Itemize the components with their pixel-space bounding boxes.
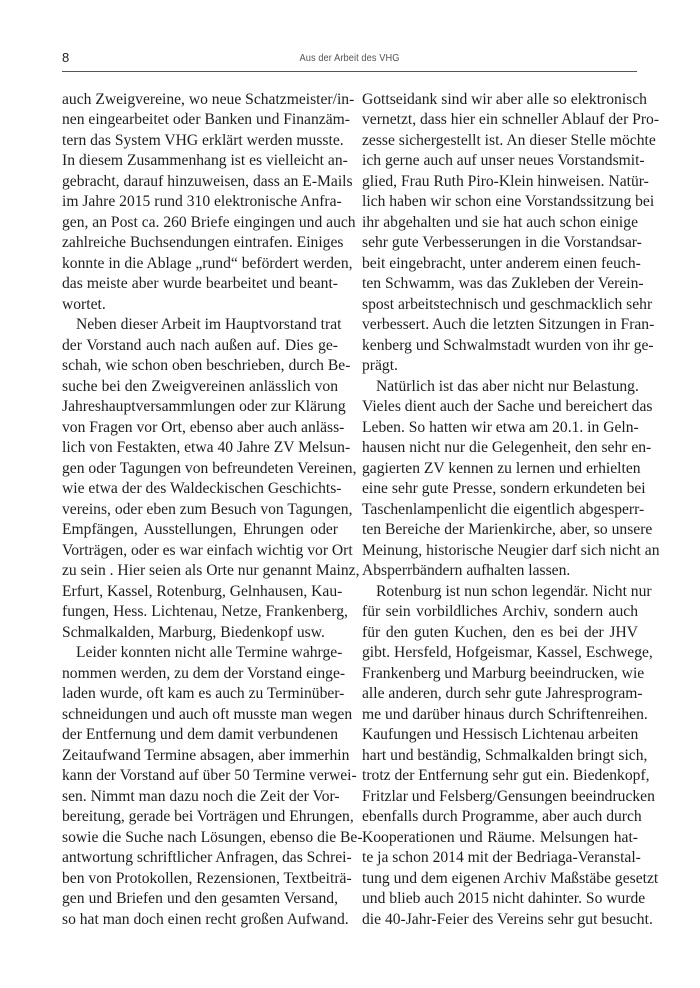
text-line: antwortung schriftlicher Anfragen, das S… xyxy=(62,848,338,869)
text-line: ebenfalls durch Programme, aber auch dur… xyxy=(362,807,638,828)
text-line: sowie die Suche nach Lösungen, ebenso di… xyxy=(62,828,338,849)
text-line: gen, an Post ca. 260 Briefe eingingen un… xyxy=(62,213,338,234)
text-line: sehr gute Verbesserungen in die Vorstand… xyxy=(362,233,638,254)
text-line: spost arbeitstechnisch und geschmacklich… xyxy=(362,295,638,316)
text-line: kenberg und Schwalmstadt wurden von ihr … xyxy=(362,336,638,357)
text-line: me und darüber hinaus durch Schriftenrei… xyxy=(362,705,638,726)
text-line: Kooperationen und Räume. Melsungen hat- xyxy=(362,828,638,849)
text-line: Taschenlampenlicht die eigentlich abgesp… xyxy=(362,500,638,521)
text-line: Natürlich ist das aber nicht nur Belastu… xyxy=(362,377,638,398)
running-title: Aus der Arbeit des VHG xyxy=(97,52,603,64)
text-line: sen. Nimmt man dazu noch die Zeit der Vo… xyxy=(62,787,338,808)
text-line: Jahreshauptversammlungen oder zur Klärun… xyxy=(62,397,338,418)
paragraph: Natürlich ist das aber nicht nur Belastu… xyxy=(362,377,638,582)
text-line: gagierten ZV kennen zu lernen und erhiel… xyxy=(362,459,638,480)
text-line: für den guten Kuchen, den es bei der JHV xyxy=(362,623,638,644)
text-line: verbessert. Auch die letzten Sitzungen i… xyxy=(362,315,638,336)
text-line: nommen werden, zu dem der Vorstand einge… xyxy=(62,664,338,685)
text-line: eine sehr gute Presse, sondern erkundete… xyxy=(362,479,638,500)
text-line: Gottseidank sind wir aber alle so elektr… xyxy=(362,90,638,111)
text-line: gibt. Hersfeld, Hofgeismar, Kassel, Esch… xyxy=(362,643,638,664)
text-line: Absperrbändern aufhalten lassen. xyxy=(362,561,638,582)
text-line: prägt. xyxy=(362,356,638,377)
text-line: gen und Briefen und den gesamten Versand… xyxy=(62,889,338,910)
paragraph: Rotenburg ist nun schon legendär. Nicht … xyxy=(362,582,638,931)
text-line: suche bei den Zweigvereinen anlässlich v… xyxy=(62,377,338,398)
text-line: ben von Protokollen, Rezensionen, Textbe… xyxy=(62,869,338,890)
text-line: und blieb auch 2015 nicht dahinter. So w… xyxy=(362,889,638,910)
paragraph: Neben dieser Arbeit im Hauptvorstand tra… xyxy=(62,315,338,643)
page-number: 8 xyxy=(62,50,69,65)
text-line: Erfurt, Kassel, Rotenburg, Gelnhausen, K… xyxy=(62,582,338,603)
text-line: Vieles dient auch der Sache und bereiche… xyxy=(362,397,638,418)
text-line: te ja schon 2014 mit der Bedriaga-Verans… xyxy=(362,848,638,869)
text-line: ten Bereiche der Marienkirche, aber, so … xyxy=(362,520,638,541)
text-line: konnte in die Ablage „rund“ befördert we… xyxy=(62,254,338,275)
page-header: 8 Aus der Arbeit des VHG xyxy=(62,48,637,72)
text-line: die 40-Jahr-Feier des Vereins sehr gut b… xyxy=(362,910,638,931)
text-line: vereins, oder eben zum Besuch von Tagung… xyxy=(62,500,338,521)
text-line: Kaufungen und Hessisch Lichtenau arbeite… xyxy=(362,725,638,746)
text-line: beit eingebracht, unter anderem einen fe… xyxy=(362,254,638,275)
text-line: Meinung, historische Neugier darf sich n… xyxy=(362,541,638,562)
text-line: nen eingearbeitet oder Banken und Finanz… xyxy=(62,110,338,131)
text-line: gebracht, darauf hinzuweisen, dass an E-… xyxy=(62,172,338,193)
text-line: Leben. So hatten wir etwa am 20.1. in Ge… xyxy=(362,418,638,439)
text-line: wie etwa der des Waldeckischen Geschicht… xyxy=(62,479,338,500)
text-line: zesse sichergestellt ist. An dieser Stel… xyxy=(362,131,638,152)
paragraph: Gottseidank sind wir aber alle so elektr… xyxy=(362,90,638,377)
text-line: von Fragen vor Ort, ebenso aber auch anl… xyxy=(62,418,338,439)
text-line: schneidungen und auch oft musste man weg… xyxy=(62,705,338,726)
text-line: Schmalkalden, Marburg, Biedenkopf usw. xyxy=(62,623,338,644)
text-line: der Vorstand auch nach außen auf. Dies g… xyxy=(62,336,338,357)
text-line: tern das System VHG erklärt werden musst… xyxy=(62,131,338,152)
text-line: Fritzlar und Felsberg/Gensungen beeindru… xyxy=(362,787,638,808)
text-line: das meiste aber wurde bearbeitet und bea… xyxy=(62,274,338,295)
text-line: Vorträgen, oder es war einfach wichtig v… xyxy=(62,541,338,562)
text-line: auch Zweigvereine, wo neue Schatzmeister… xyxy=(62,90,338,111)
text-line: laden wurde, oft kam es auch zu Terminüb… xyxy=(62,684,338,705)
text-line: In diesem Zusammenhang ist es vielleicht… xyxy=(62,151,338,172)
text-line: gen oder Tagungen von befreundeten Verei… xyxy=(62,459,338,480)
text-line: glied, Frau Ruth Piro-Klein hinweisen. N… xyxy=(362,172,638,193)
text-line: tung und dem eigenen Archiv Maßstäbe ges… xyxy=(362,869,638,890)
text-line: Frankenberg und Marburg beeindrucken, wi… xyxy=(362,664,638,685)
text-line: wortet. xyxy=(62,295,338,316)
text-line: Rotenburg ist nun schon legendär. Nicht … xyxy=(362,582,638,603)
text-line: ten Schwamm, was das Zukleben der Verein… xyxy=(362,274,638,295)
text-line: vernetzt, dass hier ein schneller Ablauf… xyxy=(362,110,638,131)
text-line: hart und beständig, Schmalkalden bringt … xyxy=(362,746,638,767)
text-line: Zeitaufwand Termine absagen, aber immerh… xyxy=(62,746,338,767)
text-line: lich haben wir schon eine Vorstandssitzu… xyxy=(362,192,638,213)
text-line: im Jahre 2015 rund 310 elektronische Anf… xyxy=(62,192,338,213)
text-line: kann der Vorstand auf über 50 Termine ve… xyxy=(62,766,338,787)
text-line: lich von Festakten, etwa 40 Jahre ZV Mel… xyxy=(62,438,338,459)
text-line: der Entfernung und dem damit verbundenen xyxy=(62,725,338,746)
text-line: trotz der Entfernung sehr gut ein. Biede… xyxy=(362,766,638,787)
text-line: Leider konnten nicht alle Termine wahrge… xyxy=(62,643,338,664)
text-line: fungen, Hess. Lichtenau, Netze, Frankenb… xyxy=(62,602,338,623)
right-column: Gottseidank sind wir aber alle so elektr… xyxy=(362,90,638,931)
left-column: auch Zweigvereine, wo neue Schatzmeister… xyxy=(62,90,338,931)
paragraph: auch Zweigvereine, wo neue Schatzmeister… xyxy=(62,90,338,316)
text-line: ich gerne auch auf unser neues Vorstands… xyxy=(362,151,638,172)
text-line: Empfängen, Ausstellungen, Ehrungen oder xyxy=(62,520,338,541)
paragraph: Leider konnten nicht alle Termine wahrge… xyxy=(62,643,338,930)
text-line: alle anderen, durch sehr gute Jahresprog… xyxy=(362,684,638,705)
text-line: Neben dieser Arbeit im Hauptvorstand tra… xyxy=(62,315,338,336)
text-line: hausen nicht nur die Gelegenheit, den se… xyxy=(362,438,638,459)
text-line: schah, wie schon oben beschrieben, durch… xyxy=(62,356,338,377)
text-line: so hat man doch einen recht großen Aufwa… xyxy=(62,910,338,931)
text-line: für sein vorbildliches Archiv, sondern a… xyxy=(362,602,638,623)
text-line: zu sein . Hier seien als Orte nur genann… xyxy=(62,561,338,582)
text-line: zahlreiche Buchsendungen eintrafen. Eini… xyxy=(62,233,338,254)
text-line: bereitung, gerade bei Vorträgen und Ehru… xyxy=(62,807,338,828)
text-line: ihr abgehalten und sie hat auch schon ei… xyxy=(362,213,638,234)
